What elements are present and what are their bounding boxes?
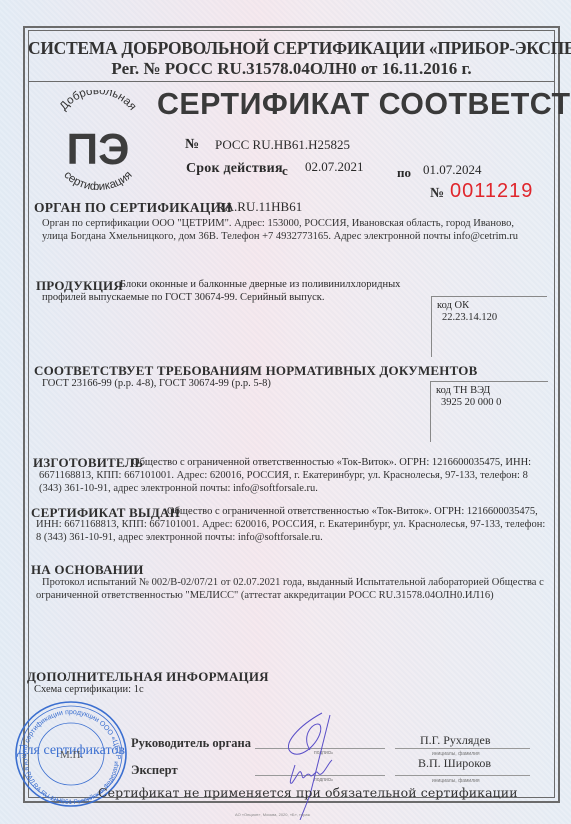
head-name-line	[395, 748, 530, 749]
certificate-title: СЕРТИФИКАТ СООТВЕТСТВИЯ	[157, 86, 571, 122]
header-divider	[28, 81, 555, 82]
certification-scheme: Схема сертификации: 1с	[34, 684, 144, 695]
tnved-code-box: код ТН ВЭД 3925 20 000 0	[430, 381, 548, 442]
product-description-line1: Блоки оконные и балконные дверные из пол…	[120, 279, 400, 290]
ok-code-box: код ОК 22.23.14.120	[431, 296, 547, 357]
expert-name: В.П. Широков	[418, 756, 491, 771]
product-description-line2: профилей выпускаемые по ГОСТ 30674-99. С…	[42, 292, 325, 303]
stamp-place-label: М.П.	[60, 749, 83, 761]
manufacturer-line1: Общество с ограниченной ответственностью…	[132, 457, 531, 468]
expert-name-caption: инициалы, фамилия	[432, 778, 480, 784]
validity-to-label: по	[397, 165, 411, 181]
head-of-body-label: Руководитель органа	[131, 736, 251, 751]
head-of-body-name: П.Г. Рухлядев	[420, 733, 491, 748]
valid-to-date: 01.07.2024	[423, 162, 482, 178]
certificate-number-label: №	[185, 137, 199, 153]
ok-code-value: 22.23.14.120	[442, 312, 497, 323]
serial-number: 0011219	[450, 180, 533, 203]
conformity-documents: ГОСТ 23166-99 (р.р. 4-8), ГОСТ 30674-99 …	[42, 378, 271, 389]
manufacturer-details: 6671168813, КПП: 667101001. Адрес: 62001…	[39, 469, 547, 495]
handwritten-signatures-icon	[270, 705, 390, 820]
valid-from-date: 02.07.2021	[305, 159, 364, 175]
tnved-code-value: 3925 20 000 0	[441, 397, 501, 408]
svg-text:ПЭ: ПЭ	[67, 125, 130, 174]
system-title: СИСТЕМА ДОБРОВОЛЬНОЙ СЕРТИФИКАЦИИ «ПРИБО…	[28, 38, 555, 59]
voluntary-certification-logo-icon: Добровольная ПЭ сертификация	[40, 90, 155, 190]
expert-label: Эксперт	[131, 763, 178, 778]
conformity-heading: СООТВЕТСТВУЕТ ТРЕБОВАНИЯМ НОРМАТИВНЫХ ДО…	[34, 363, 477, 379]
certification-body-details: Орган по сертификации ООО "ЦЕТРИМ". Адре…	[42, 217, 542, 243]
svg-text:Добровольная: Добровольная	[58, 90, 139, 113]
system-registration: Рег. № РОСС RU.31578.04ОЛН0 от 16.11.201…	[28, 59, 555, 79]
expert-name-line	[395, 775, 530, 776]
issued-to-details: ИНН: 6671168813, КПП: 667101001. Адрес: …	[36, 518, 546, 544]
certification-body-code: RA.RU.11HB61	[216, 199, 302, 215]
additional-info-heading: ДОПОЛНИТЕЛЬНАЯ ИНФОРМАЦИЯ	[27, 669, 269, 685]
certification-body-heading: ОРГАН ПО СЕРТИФИКАЦИИ	[34, 200, 232, 216]
serial-number-label: №	[430, 186, 444, 202]
validity-from-label: с	[282, 163, 288, 179]
validity-label: Срок действия	[186, 161, 283, 177]
basis-details: Протокол испытаний № 002/В-02/07/21 от 0…	[36, 576, 546, 602]
ok-code-label: код ОК	[437, 300, 469, 311]
not-mandatory-note: Сертификат не применяется при обязательн…	[98, 785, 518, 800]
tnved-code-label: код ТН ВЭД	[436, 385, 490, 396]
certificate-number: РОСС RU.HB61.H25825	[215, 137, 350, 153]
printer-imprint: АО «Опцион», Москва, 2020, «Б», тираж	[235, 812, 310, 817]
issued-to-line1: Общество с ограниченной ответственностью…	[167, 506, 538, 517]
